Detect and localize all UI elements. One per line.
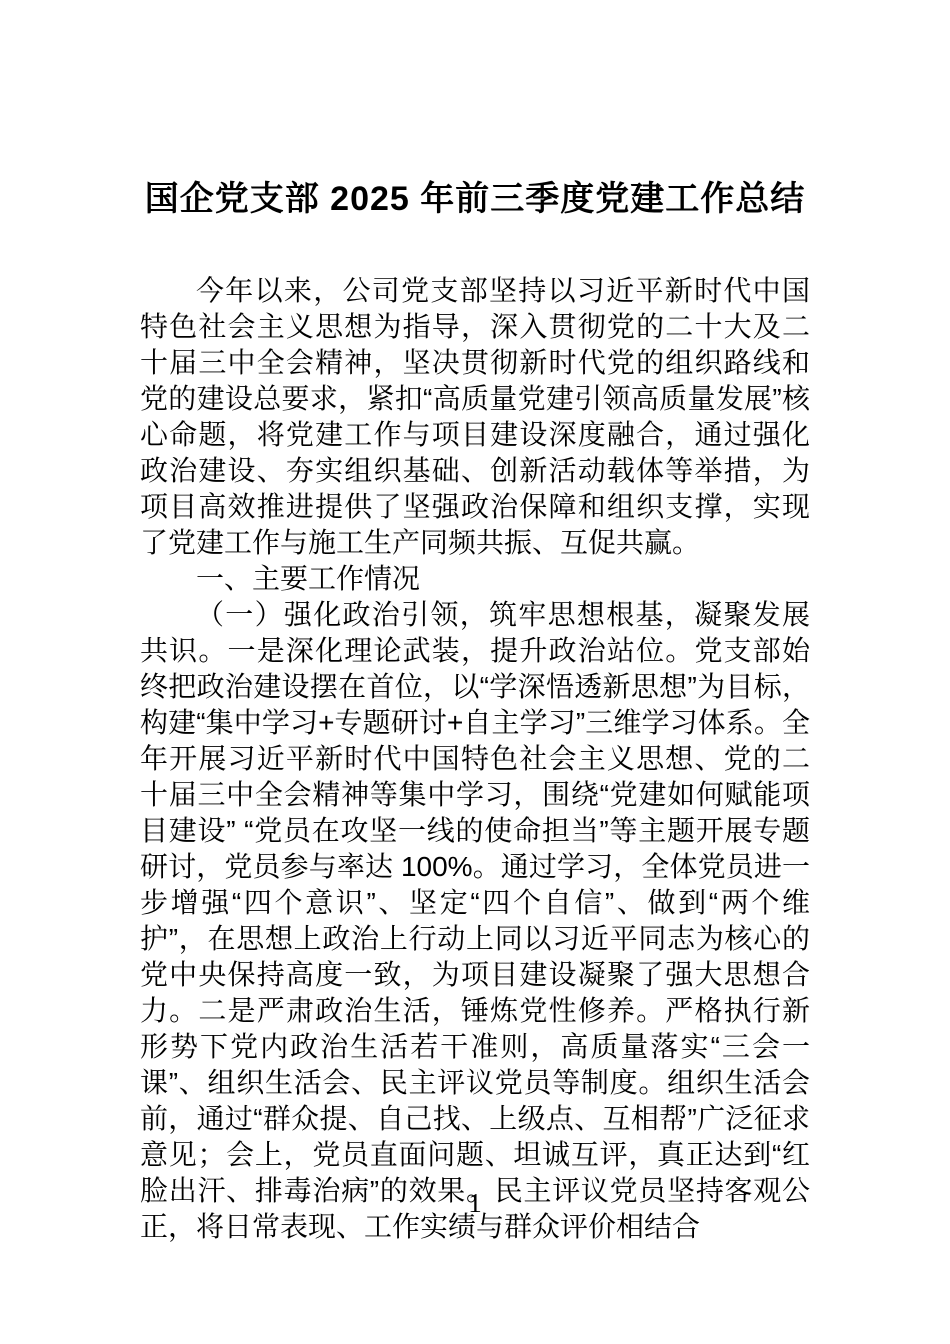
document-title: 国企党支部 2025 年前三季度党建工作总结 bbox=[140, 175, 810, 223]
page-number: 1 bbox=[0, 1188, 950, 1218]
section-heading-main-work: 一、主要工作情况 bbox=[140, 561, 810, 597]
paragraph-intro: 今年以来，公司党支部坚持以习近平新时代中国特色社会主义思想为指导，深入贯彻党的二… bbox=[140, 273, 810, 561]
document-page: 国企党支部 2025 年前三季度党建工作总结 今年以来，公司党支部坚持以习近平新… bbox=[0, 0, 950, 1344]
paragraph-section-one: （一）强化政治引领，筑牢思想根基，凝聚发展共识。一是深化理论武装，提升政治站位。… bbox=[140, 597, 810, 1245]
